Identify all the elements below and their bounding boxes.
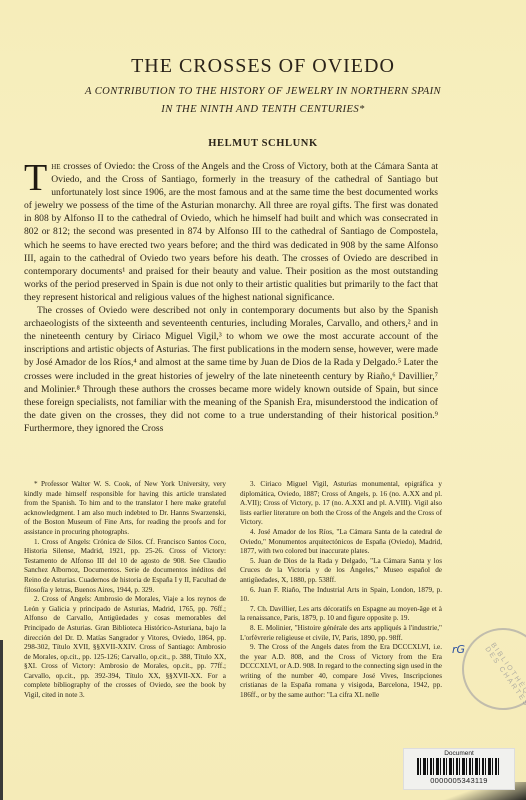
article-subtitle-line1: A CONTRIBUTION TO THE HISTORY OF JEWELRY… [20,86,506,97]
footnote-8: 8. E. Molinier, "Histoire générale des a… [240,624,442,643]
scan-edge-shadow [0,640,3,800]
footnote-6: 6. Juan F. Riaño, The Industrial Arts in… [240,586,442,605]
footnote-3: 3. Ciriaco Miguel Vigil, Asturias monume… [240,480,442,528]
footnote-4: 4. José Amador de los Ríos, "La Cámara S… [240,528,442,557]
footnote-2: 2. Cross of Angels: Ambrosio de Morales,… [24,595,226,701]
body-paragraph-1: The crosses of Oviedo: the Cross of the … [24,160,438,304]
article-title: THE CROSSES OF OVIEDO [0,55,526,78]
footnotes-right-column: 3. Ciriaco Miguel Vigil, Asturias monume… [240,480,442,701]
scanned-page: THE CROSSES OF OVIEDO A CONTRIBUTION TO … [0,0,526,800]
footnotes-left-column: * Professor Walter W. S. Cook, of New Yo… [24,480,226,701]
lead-in-smallcaps: he [51,161,60,172]
drop-cap: T [24,162,47,194]
footnote-1: 1. Cross of Angels: Crónica de Silos. Cf… [24,538,226,596]
stamp-text: BIBLIOTHÈQUE DES CHARTES [483,642,526,712]
body-paragraph-2: The crosses of Oviedo were described not… [24,304,438,435]
barcode-number: 0000005343119 [404,776,514,785]
paragraph-text: crosses of Oviedo: the Cross of the Ange… [24,161,438,303]
article-body: The crosses of Oviedo: the Cross of the … [24,160,438,435]
footnote-7: 7. Ch. Davillier, Les arts décoratifs en… [240,605,442,624]
handwritten-pen-mark: rG [452,643,465,656]
article-author: HELMUT SCHLUNK [0,138,526,149]
barcode-icon [417,758,501,775]
footnote-9: 9. The Cross of the Angels dates from th… [240,643,442,701]
footnote-5: 5. Juan de Dios de la Rada y Delgado, "L… [240,557,442,586]
footnote-star: * Professor Walter W. S. Cook, of New Yo… [24,480,226,538]
library-stamp-icon: BIBLIOTHÈQUE DES CHARTES [446,612,526,726]
article-subtitle-line2: IN THE NINTH AND TENTH CENTURIES* [20,104,506,115]
barcode-label: Document [404,750,514,757]
barcode-sticker: Document 0000005343119 [403,748,515,790]
